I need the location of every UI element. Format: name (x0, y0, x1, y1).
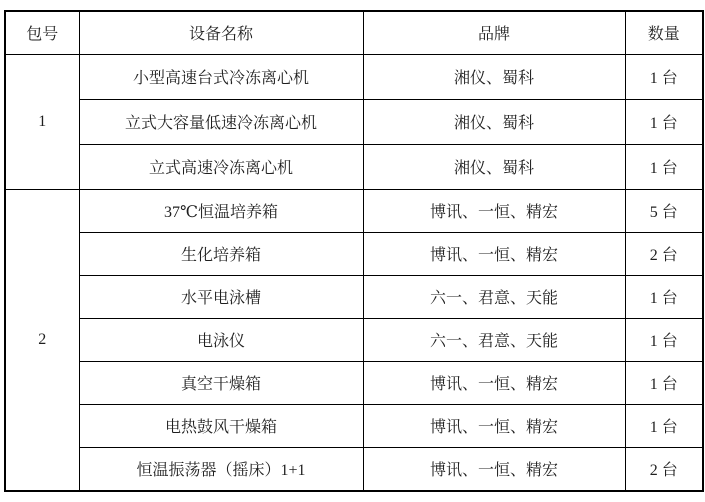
header-row: 包号 设备名称 品牌 数量 (5, 11, 703, 54)
table-row: 真空干燥箱 博讯、一恒、精宏 1 台 (5, 361, 703, 404)
brand-cell: 博讯、一恒、精宏 (363, 404, 625, 447)
brand-cell: 六一、君意、天能 (363, 275, 625, 318)
quantity-cell: 1 台 (625, 144, 703, 189)
package-no-cell: 1 (5, 54, 79, 189)
brand-cell: 湘仪、蜀科 (363, 99, 625, 144)
equipment-name-cell: 恒温振荡器（摇床）1+1 (79, 447, 363, 491)
equipment-table: 包号 设备名称 品牌 数量 1 小型高速台式冷冻离心机 湘仪、蜀科 1 台 立式… (4, 10, 704, 492)
quantity-cell: 1 台 (625, 99, 703, 144)
equipment-name-cell: 小型高速台式冷冻离心机 (79, 54, 363, 99)
quantity-cell: 1 台 (625, 318, 703, 361)
brand-cell: 博讯、一恒、精宏 (363, 232, 625, 275)
table-row: 电热鼓风干燥箱 博讯、一恒、精宏 1 台 (5, 404, 703, 447)
header-quantity: 数量 (625, 11, 703, 54)
equipment-name-cell: 生化培养箱 (79, 232, 363, 275)
header-package-no: 包号 (5, 11, 79, 54)
table-row: 恒温振荡器（摇床）1+1 博讯、一恒、精宏 2 台 (5, 447, 703, 491)
equipment-name-cell: 立式大容量低速冷冻离心机 (79, 99, 363, 144)
quantity-cell: 1 台 (625, 54, 703, 99)
brand-cell: 博讯、一恒、精宏 (363, 361, 625, 404)
table-row: 立式高速冷冻离心机 湘仪、蜀科 1 台 (5, 144, 703, 189)
table-row: 生化培养箱 博讯、一恒、精宏 2 台 (5, 232, 703, 275)
brand-cell: 博讯、一恒、精宏 (363, 189, 625, 232)
table-row: 电泳仪 六一、君意、天能 1 台 (5, 318, 703, 361)
table-row: 2 37℃恒温培养箱 博讯、一恒、精宏 5 台 (5, 189, 703, 232)
quantity-cell: 5 台 (625, 189, 703, 232)
quantity-cell: 1 台 (625, 404, 703, 447)
quantity-cell: 1 台 (625, 361, 703, 404)
equipment-name-cell: 电泳仪 (79, 318, 363, 361)
header-brand: 品牌 (363, 11, 625, 54)
document-page: 包号 设备名称 品牌 数量 1 小型高速台式冷冻离心机 湘仪、蜀科 1 台 立式… (0, 0, 705, 502)
brand-cell: 湘仪、蜀科 (363, 144, 625, 189)
equipment-name-cell: 37℃恒温培养箱 (79, 189, 363, 232)
equipment-name-cell: 水平电泳槽 (79, 275, 363, 318)
quantity-cell: 2 台 (625, 447, 703, 491)
quantity-cell: 1 台 (625, 275, 703, 318)
table-row: 立式大容量低速冷冻离心机 湘仪、蜀科 1 台 (5, 99, 703, 144)
brand-cell: 博讯、一恒、精宏 (363, 447, 625, 491)
package-no-cell: 2 (5, 189, 79, 491)
quantity-cell: 2 台 (625, 232, 703, 275)
table-row: 水平电泳槽 六一、君意、天能 1 台 (5, 275, 703, 318)
brand-cell: 湘仪、蜀科 (363, 54, 625, 99)
header-equipment-name: 设备名称 (79, 11, 363, 54)
table-row: 1 小型高速台式冷冻离心机 湘仪、蜀科 1 台 (5, 54, 703, 99)
equipment-name-cell: 立式高速冷冻离心机 (79, 144, 363, 189)
equipment-name-cell: 电热鼓风干燥箱 (79, 404, 363, 447)
brand-cell: 六一、君意、天能 (363, 318, 625, 361)
equipment-name-cell: 真空干燥箱 (79, 361, 363, 404)
